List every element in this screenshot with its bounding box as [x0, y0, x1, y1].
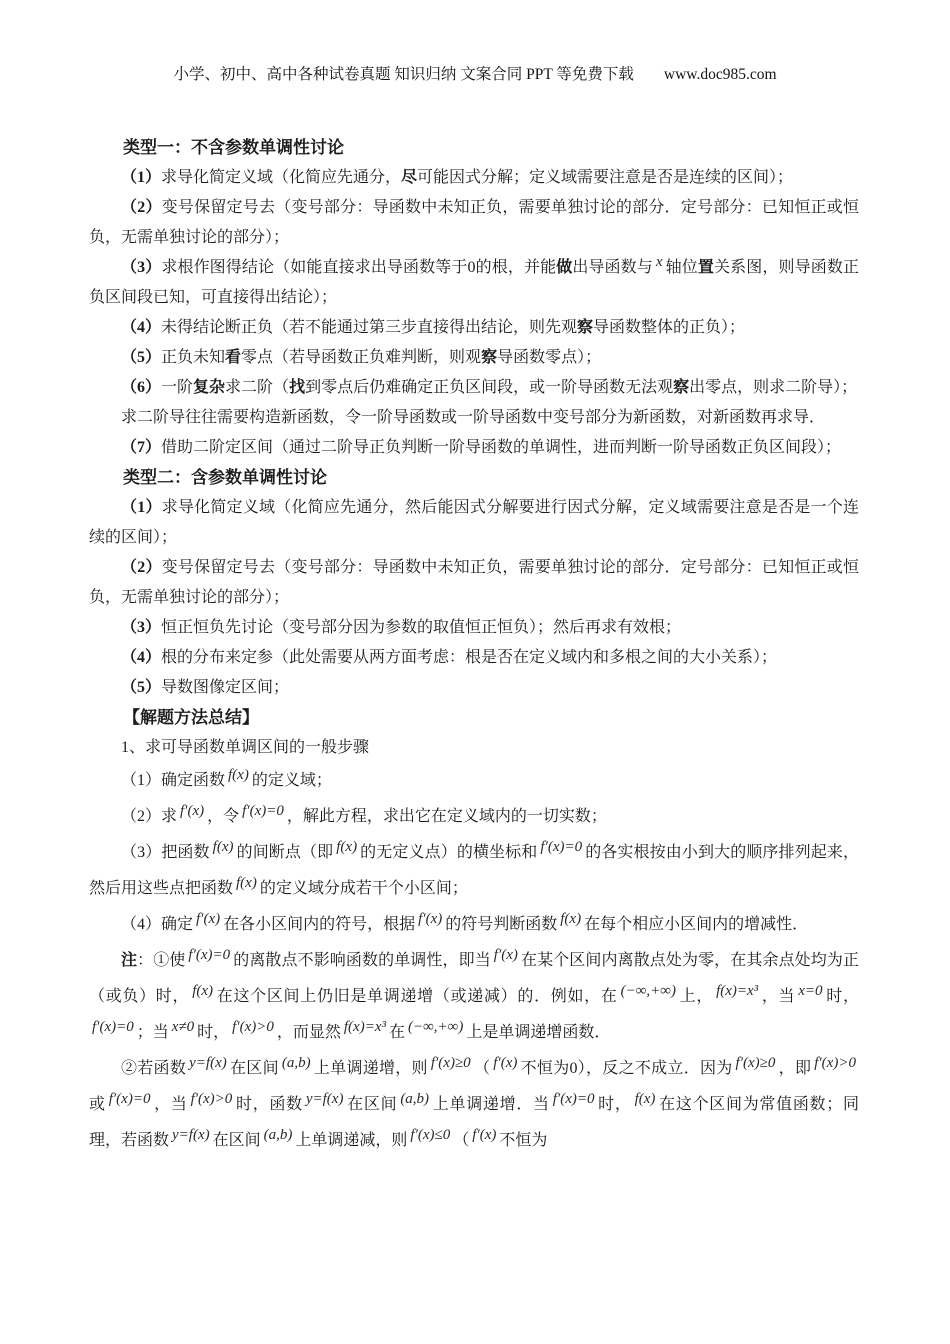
math-inline: f(x) — [228, 768, 249, 783]
math-inline: x — [656, 255, 663, 270]
math-inline: y=f(x) — [306, 1092, 344, 1107]
paragraph: （5）正负未知看零点（若导函数正负难判断，则观察导函数零点）； — [89, 343, 859, 373]
text-run: 时， — [197, 1024, 229, 1041]
math-inline: (a,b) — [282, 1056, 311, 1071]
text-run: ，即 — [778, 1060, 811, 1077]
paragraph: （4）未得结论断正负（若不能通过第三步直接得出结论，则先观察导函数整体的正负）； — [89, 313, 859, 343]
bold-emphasis: 找 — [289, 379, 305, 396]
text-run: 未得结论断正负（若不能通过第三步直接得出结论，则先观 — [161, 319, 577, 336]
document-content: 类型一：不含参数单调性讨论（1）求导化简定义域（化简应先通分，尽可能因式分解；定… — [89, 133, 859, 1159]
text-run: 1、求可导函数单调区间的一般步骤 — [121, 739, 369, 756]
text-run: 的间断点（即 — [236, 844, 333, 861]
text-run: 的定义域； — [252, 772, 332, 789]
paragraph: （7）借助二阶定区间（通过二阶导正负判断一阶导函数的单调性，进而判断一阶导函数正… — [89, 433, 859, 463]
text-run: 时， — [597, 1096, 631, 1113]
text-run: 导函数整体的正负）； — [593, 319, 745, 336]
list-number: （1） — [121, 499, 162, 516]
text-run: ，令 — [207, 808, 239, 825]
text-run: 时， — [826, 988, 859, 1005]
math-inline: x≠0 — [172, 1020, 194, 1035]
text-run: 时，函数 — [235, 1096, 303, 1113]
list-number: （2） — [121, 559, 162, 576]
text-run: 在这个区间上仍旧是单调递增（或递减）的．例如，在 — [216, 988, 618, 1005]
math-inline: f′(x) — [418, 912, 442, 927]
math-inline: f(x) — [213, 840, 234, 855]
text-run: ，而显然 — [277, 1024, 341, 1041]
math-inline: f′(x) — [493, 1056, 517, 1071]
math-inline: f′(x)=0 — [553, 1092, 595, 1107]
math-inline: (−∞,+∞) — [408, 1020, 463, 1035]
math-inline: f′(x)=0 — [109, 1092, 151, 1107]
math-inline: f(x) — [635, 1092, 656, 1107]
math-inline: f′(x)=0 — [242, 804, 284, 819]
text-run: 恒正恒负先讨论（变号部分因为参数的取值恒正恒负）；然后再求有效根； — [161, 619, 681, 636]
text-run: ：①使 — [137, 952, 185, 969]
paragraph: （2）变号保留定号去（变号部分：导函数中未知正负，需要单独讨论的部分．定号部分：… — [89, 193, 859, 253]
text-run: 零点（若导函数正负难判断，则观 — [241, 349, 481, 366]
math-inline: (a,b) — [400, 1092, 429, 1107]
text-run: ；当 — [137, 1024, 169, 1041]
text-run: 不恒为0），反之不成立．因为 — [520, 1060, 732, 1077]
text-run: 的离散点不影响函数的单调性，即当 — [233, 952, 491, 969]
text-run: 一阶 — [161, 379, 193, 396]
text-run: 不恒为 — [499, 1132, 547, 1149]
math-inline: f′(x)≥0 — [736, 1056, 776, 1071]
list-number: （4） — [121, 319, 161, 336]
math-inline: f′(x)=0 — [188, 948, 230, 963]
page-header: 小学、初中、高中各种试卷真题 知识归纳 文案合同 PPT 等免费下载www.do… — [0, 62, 950, 84]
text-run: 在 — [389, 1024, 405, 1041]
bold-emphasis: 看 — [225, 349, 241, 366]
math-inline: f(x)=x³ — [716, 984, 758, 999]
paragraph: （1）求导化简定义域（化简应先通分，尽可能因式分解；定义域需要注意是否是连续的区… — [89, 163, 859, 193]
math-inline: f(x) — [236, 876, 257, 891]
paragraph: （6）一阶复杂求二阶（找到零点后仍难确定正负区间段，或一阶导函数无法观察出零点，… — [89, 373, 859, 403]
math-inline: f(x) — [192, 984, 213, 999]
text-run: 正负未知 — [161, 349, 225, 366]
text-run: 类型一：不含参数单调性讨论 — [123, 138, 344, 157]
math-inline: f′(x)>0 — [232, 1020, 274, 1035]
text-run: 在各小区间内的符号，根据 — [223, 916, 415, 933]
math-inline: f′(x) — [180, 804, 204, 819]
text-run: （2）求 — [121, 808, 177, 825]
list-number: （6） — [121, 379, 161, 396]
text-run: 出导函数与 — [572, 259, 653, 276]
paragraph: （3）把函数f(x)的间断点（即f(x)的无定义点）的横坐标和f′(x)=0的各… — [89, 835, 859, 907]
text-run: （3）把函数 — [121, 844, 210, 861]
bold-emphasis: 察 — [577, 319, 593, 336]
text-run: 求根作图得结论（如能直接求出导函数等于0的根，并能 — [161, 259, 556, 276]
paragraph: （1）确定函数f(x)的定义域； — [89, 763, 859, 799]
math-inline: f′(x)>0 — [191, 1092, 233, 1107]
text-run: 求二阶导往往需要构造新函数，令一阶导函数或一阶导函数中变号部分为新函数，对新函数… — [121, 409, 825, 426]
paragraph: 注：①使f′(x)=0的离散点不影响函数的单调性，即当f′(x)在某个区间内离散… — [89, 943, 859, 1051]
text-run: 变号保留定号去（变号部分：导函数中未知正负，需要单独讨论的部分．定号部分：已知恒… — [89, 559, 859, 606]
math-inline: y=f(x) — [189, 1056, 227, 1071]
bold-emphasis: 注 — [121, 952, 137, 969]
text-run: 求导化简定义域（化简应先通分，然后能因式分解要进行因式分解，定义域需要注意是否是… — [89, 499, 859, 546]
paragraph: （2）变号保留定号去（变号部分：导函数中未知正负，需要单独讨论的部分．定号部分：… — [89, 553, 859, 613]
math-inline: (a,b) — [264, 1128, 293, 1143]
text-run: 轴位 — [666, 259, 698, 276]
text-run: ，当 — [153, 1096, 187, 1113]
text-run: 导数图像定区间； — [161, 679, 289, 696]
paragraph: （2）求f′(x)，令f′(x)=0，解此方程，求出它在定义域内的一切实数； — [89, 799, 859, 835]
section-heading: 【解题方法总结】 — [89, 703, 859, 733]
paragraph: （3）恒正恒负先讨论（变号部分因为参数的取值恒正恒负）；然后再求有效根； — [89, 613, 859, 643]
header-promo-text: 小学、初中、高中各种试卷真题 知识归纳 文案合同 PPT 等免费下载 — [173, 66, 633, 83]
text-run: （4）确定 — [121, 916, 193, 933]
math-inline: f′(x)≥0 — [431, 1056, 471, 1071]
text-run: 到零点后仍难确定正负区间段，或一阶导函数无法观 — [305, 379, 673, 396]
section-heading: 类型二：含参数单调性讨论 — [89, 463, 859, 493]
math-inline: (−∞,+∞) — [621, 984, 676, 999]
bold-emphasis: 察 — [481, 349, 497, 366]
text-run: 上单调递增．当 — [432, 1096, 550, 1113]
bold-emphasis: 做 — [556, 259, 572, 276]
list-number: （2） — [121, 199, 162, 216]
list-number: （7） — [121, 439, 161, 456]
text-run: 的无定义点）的横坐标和 — [360, 844, 537, 861]
text-run: 在区间 — [213, 1132, 261, 1149]
text-run: 求二阶（ — [225, 379, 289, 396]
bold-emphasis: 尽 — [401, 169, 417, 186]
paragraph: ②若函数y=f(x)在区间(a,b)上单调递增，则f′(x)≥0（f′(x)不恒… — [89, 1051, 859, 1159]
math-inline: f′(x) — [494, 948, 518, 963]
text-run: 上， — [679, 988, 713, 1005]
paragraph: （3）求根作图得结论（如能直接求出导函数等于0的根，并能做出导函数与x轴位置关系… — [89, 253, 859, 313]
text-run: 在区间 — [346, 1096, 397, 1113]
text-run: 上是单调递增函数． — [466, 1024, 610, 1041]
paragraph: （5）导数图像定区间； — [89, 673, 859, 703]
header-site-url: www.doc985.com — [664, 66, 777, 83]
text-run: 可能因式分解；定义域需要注意是否是连续的区间）； — [417, 169, 793, 186]
math-inline: f(x)=x³ — [344, 1020, 386, 1035]
text-run: （ — [474, 1060, 491, 1077]
text-run: 上单调递减，则 — [295, 1132, 407, 1149]
list-number: （4） — [121, 649, 161, 666]
math-inline: f′(x)≤0 — [410, 1128, 450, 1143]
text-run: 出零点，则求二阶导）； — [689, 379, 857, 396]
list-number: （5） — [121, 679, 161, 696]
text-run: （1）确定函数 — [121, 772, 225, 789]
text-run: 上单调递增，则 — [314, 1060, 428, 1077]
list-number: （3） — [121, 259, 161, 276]
document-page: 小学、初中、高中各种试卷真题 知识归纳 文案合同 PPT 等免费下载www.do… — [0, 0, 950, 1344]
list-number: （3） — [121, 619, 161, 636]
math-inline: f′(x) — [472, 1128, 496, 1143]
text-run: 类型二：含参数单调性讨论 — [123, 468, 327, 487]
math-inline: f(x) — [560, 912, 581, 927]
bold-emphasis: 复杂 — [193, 379, 225, 396]
list-number: （5） — [121, 349, 161, 366]
text-run: 导函数零点）； — [497, 349, 601, 366]
text-run: 求导化简定义域（化简应先通分， — [161, 169, 401, 186]
text-run: （ — [453, 1132, 469, 1149]
math-inline: x=0 — [798, 984, 822, 999]
text-run: 的定义域分成若干个小区间； — [260, 880, 468, 897]
paragraph: （4）根的分布来定参（此处需要从两方面考虑：根是否在定义域内和多根之间的大小关系… — [89, 643, 859, 673]
text-run: 或 — [89, 1096, 106, 1113]
math-inline: f′(x)=0 — [540, 840, 582, 855]
math-inline: f′(x) — [196, 912, 220, 927]
text-run: 借助二阶定区间（通过二阶导正负判断一阶导函数的单调性，进而判断一阶导函数正负区间… — [161, 439, 841, 456]
text-run: 在区间 — [230, 1060, 279, 1077]
text-run: 【解题方法总结】 — [123, 708, 259, 727]
paragraph: 1、求可导函数单调区间的一般步骤 — [89, 733, 859, 763]
text-run: 的符号判断函数 — [445, 916, 557, 933]
bold-emphasis: 置 — [698, 259, 714, 276]
paragraph: （1）求导化简定义域（化简应先通分，然后能因式分解要进行因式分解，定义域需要注意… — [89, 493, 859, 553]
math-inline: f′(x)=0 — [92, 1020, 134, 1035]
text-run: 变号保留定号去（变号部分：导函数中未知正负，需要单独讨论的部分．定号部分：已知恒… — [89, 199, 859, 246]
math-inline: f(x) — [336, 840, 357, 855]
text-run: 在每个相应小区间内的增减性． — [584, 916, 808, 933]
bold-emphasis: 察 — [673, 379, 689, 396]
math-inline: y=f(x) — [172, 1128, 210, 1143]
text-run: 根的分布来定参（此处需要从两方面考虑：根是否在定义域内和多根之间的大小关系）； — [161, 649, 777, 666]
list-number: （1） — [121, 169, 161, 186]
math-inline: f′(x)>0 — [814, 1056, 856, 1071]
text-run: ，当 — [761, 988, 795, 1005]
paragraph: （4）确定f′(x)在各小区间内的符号，根据f′(x)的符号判断函数f(x)在每… — [89, 907, 859, 943]
section-heading: 类型一：不含参数单调性讨论 — [89, 133, 859, 163]
text-run: ，解此方程，求出它在定义域内的一切实数； — [287, 808, 607, 825]
text-run: ②若函数 — [121, 1060, 186, 1077]
paragraph: 求二阶导往往需要构造新函数，令一阶导函数或一阶导函数中变号部分为新函数，对新函数… — [89, 403, 859, 433]
